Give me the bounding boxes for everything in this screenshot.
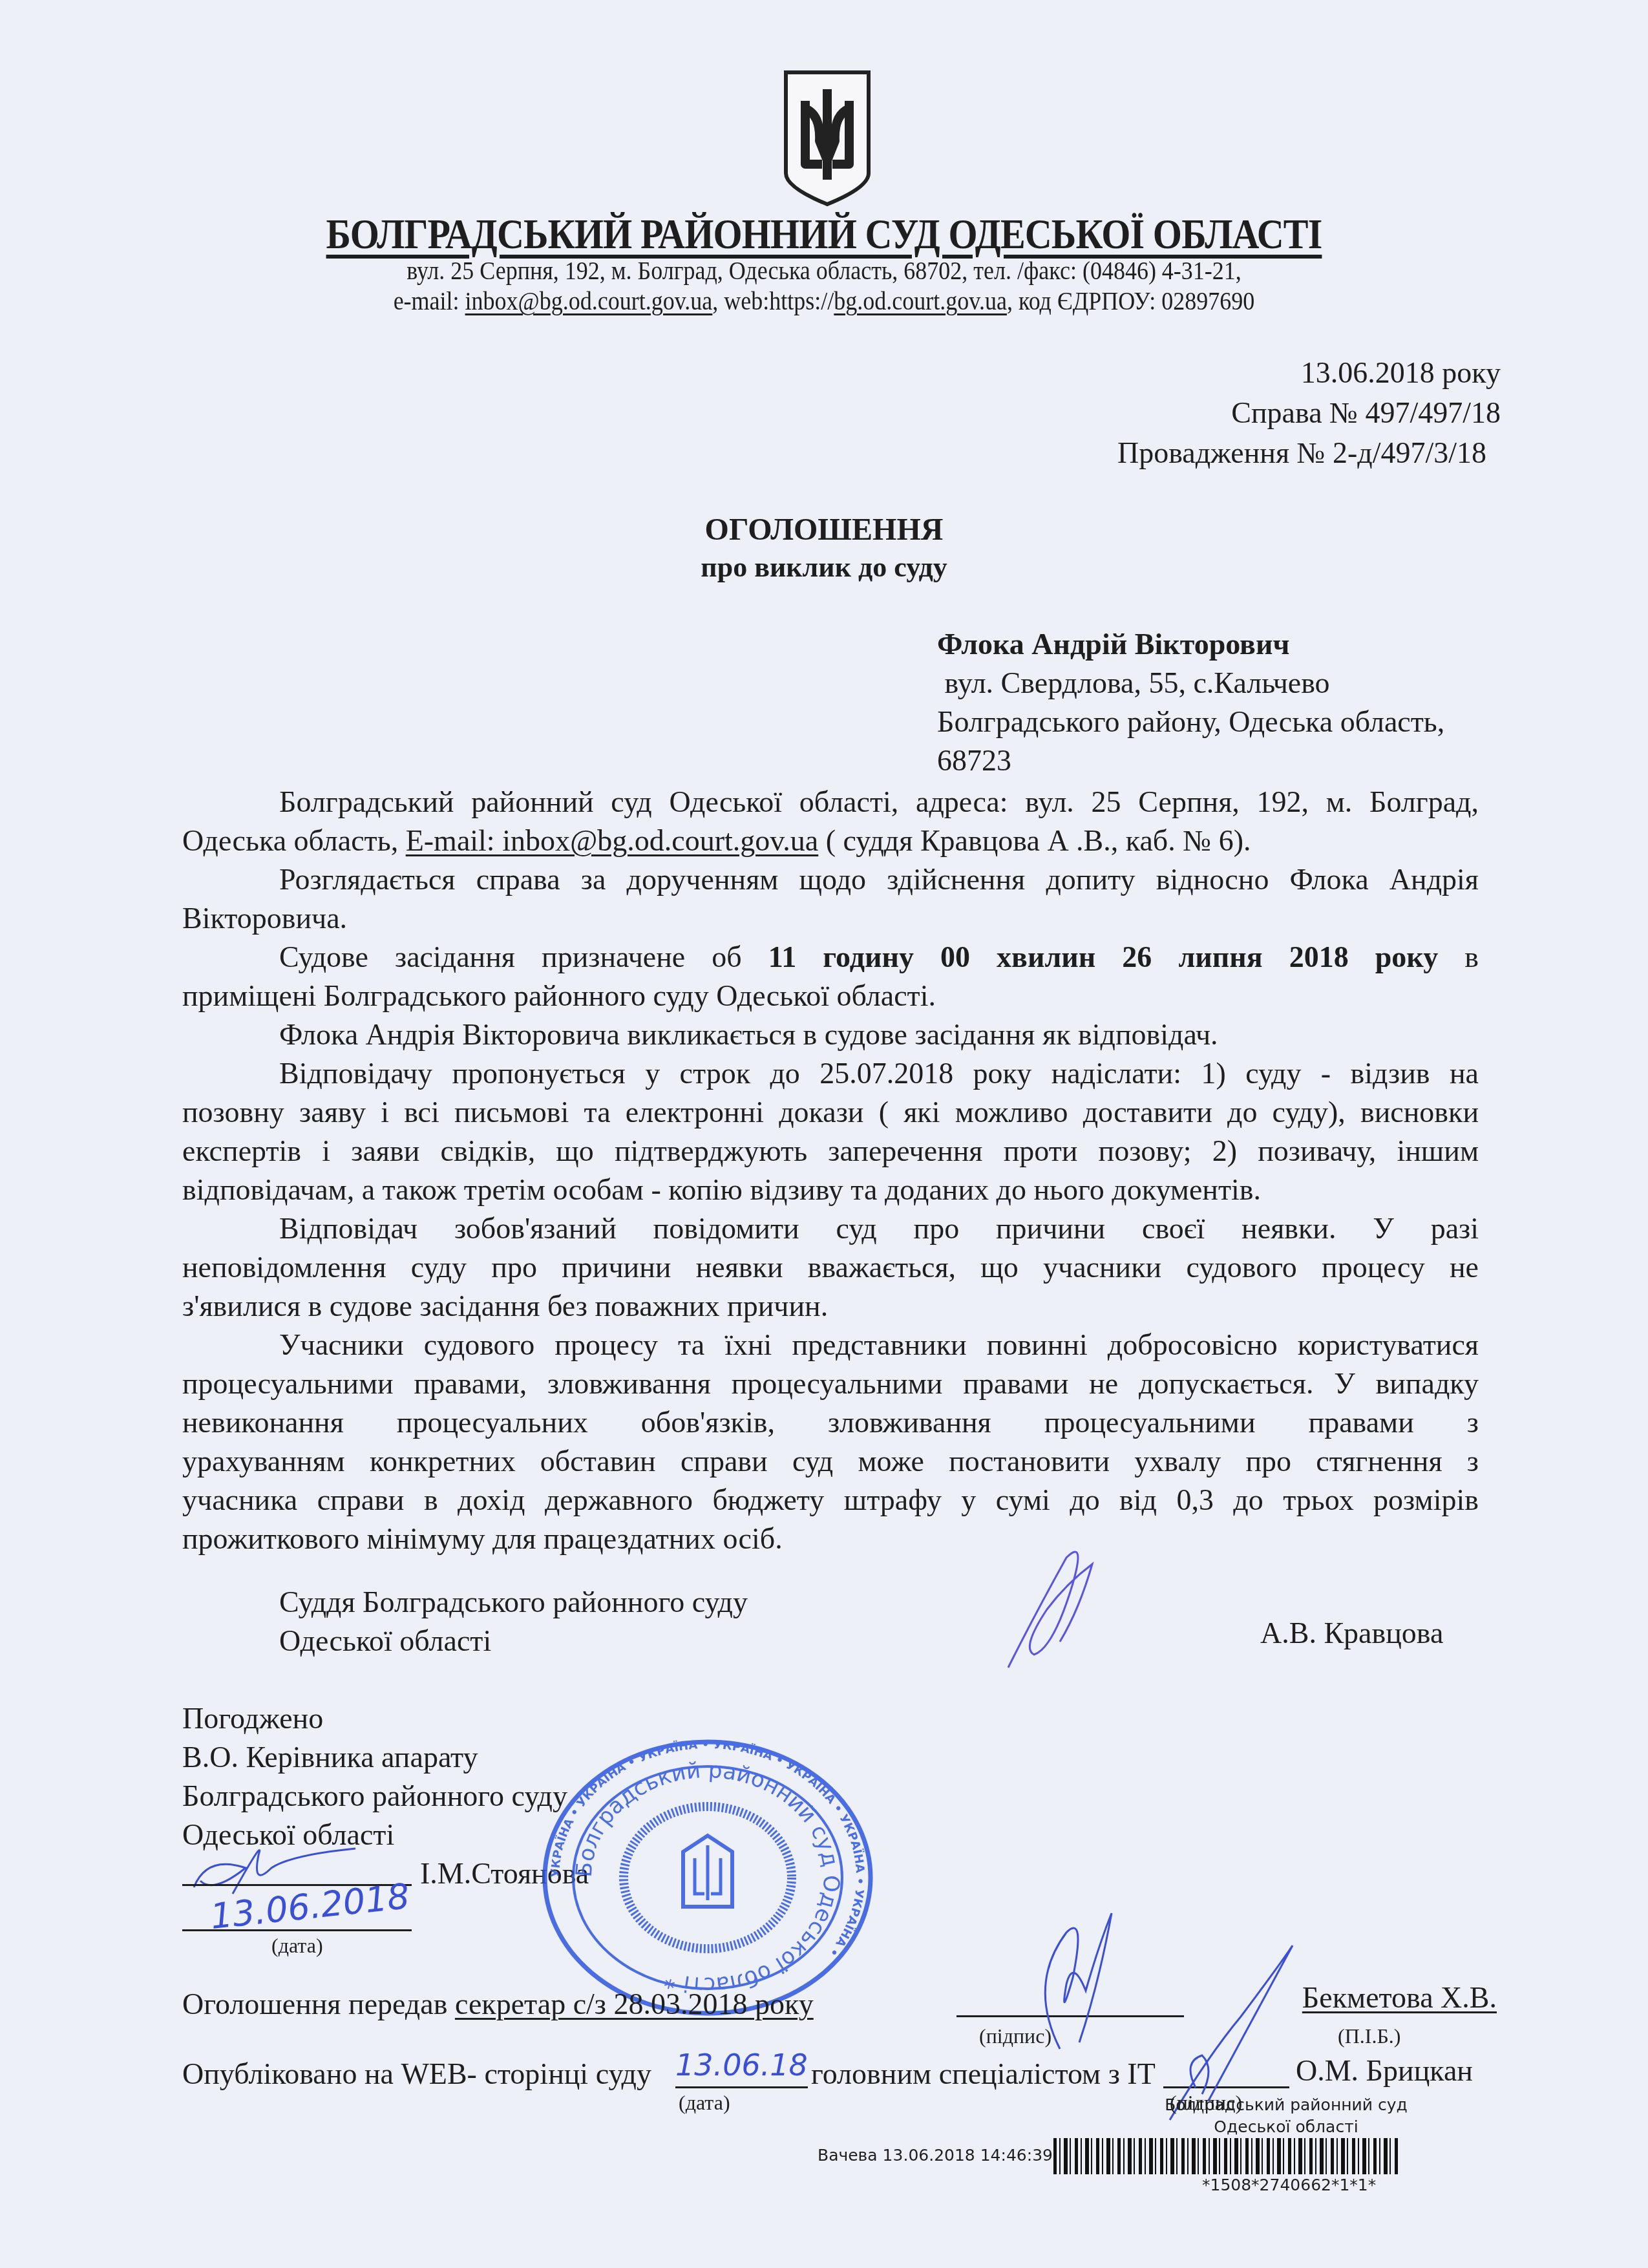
website-link[interactable]: bg.od.court.gov.ua	[834, 286, 1007, 315]
p5-line1: Відповідачу пропонується у строк до 25.0…	[279, 1055, 1479, 1092]
publication-date-caption: (дата)	[679, 2091, 730, 2115]
document-date: 13.06.2018 року	[919, 354, 1501, 392]
court-email-link[interactable]: E-mail: inbox@bg.od.court.gov.ua	[406, 824, 819, 857]
registry-timestamp: Вачева 13.06.2018 14:46:39	[818, 2146, 1053, 2165]
court-name: БОЛГРАДСЬКИЙ РАЙОННИЙ СУД ОДЕСЬКОЇ ОБЛАС…	[0, 210, 1648, 259]
proceeding-number: Провадження № 2-д/497/3/18	[776, 434, 1486, 472]
p7-line1: Учасники судового процесу та їхні предст…	[279, 1326, 1479, 1364]
official-court-seal-icon: УКРАЇНА • УКРАЇНА • УКРАЇНА • УКРАЇНА • …	[540, 1739, 876, 2017]
secretary-name-caption: (П.І.Б.)	[1338, 2024, 1400, 2048]
transfer-secretary: секретар с/з 28.03.2018 року	[455, 1987, 814, 2020]
court-contacts: e-mail: inbox@bg.od.court.gov.ua, web:ht…	[83, 286, 1566, 316]
p3-line1: Судове засідання призначене об 11 годину…	[279, 938, 1479, 976]
judge-signature-icon	[995, 1545, 1137, 1674]
p6-line3: з'явилися в судове засідання без поважни…	[182, 1288, 828, 1325]
addressee-street: вул. Свердлова, 55, с.Кальчево	[937, 664, 1330, 702]
approval-role-line1: В.О. Керівника апарату	[182, 1739, 478, 1776]
p2-line2: Вікторовича.	[182, 900, 347, 937]
secretary-name: Бекметова Х.В.	[1302, 1979, 1497, 2017]
email-link[interactable]: inbox@bg.od.court.gov.ua	[465, 286, 713, 315]
addressee-name: Флока Андрій Вікторович	[937, 626, 1289, 663]
p7-line5: учасника справи в дохід державного бюдже…	[182, 1481, 1479, 1519]
p5-line3: експертів і заяви свідків, що підтверджу…	[182, 1132, 1479, 1170]
p6-line1: Відповідач зобов'язаний повідомити суд п…	[279, 1210, 1479, 1247]
approval-role-line2: Болградського районного суду	[182, 1777, 567, 1815]
judge-position-line1: Суддя Болградського районного суду	[279, 1584, 748, 1621]
publication-handwritten-date: 13.06.18	[675, 2048, 808, 2083]
approval-date-caption: (дата)	[271, 1934, 323, 1958]
approval-label: Погоджено	[182, 1700, 323, 1737]
p7-line4: урахуванням конкретних обставин справи с…	[182, 1443, 1479, 1480]
p7-line2: процесуальними правами, зловживання проц…	[182, 1365, 1479, 1403]
p6-line2: неповідомлення суду про причини неявки в…	[182, 1249, 1479, 1286]
p5-line4: відповідачам, а також третім особам - ко…	[182, 1171, 1261, 1209]
publication-label: Опубліковано на WEB- сторінці суду	[182, 2055, 651, 2093]
barcode-number: *1508*2740662*1*1*	[1202, 2176, 1376, 2194]
document-subtitle: про виклик до суду	[0, 551, 1648, 584]
p7-line3: невиконання процесуальних обов'язків, зл…	[182, 1404, 1479, 1441]
p7-line6: прожиткового мінімуму для працездатних о…	[182, 1520, 783, 1558]
addressee-postcode: 68723	[937, 742, 1011, 779]
court-address: вул. 25 Серпня, 192, м. Болград, Одеська…	[83, 255, 1566, 286]
secretary-sign-caption: (підпис)	[979, 2024, 1051, 2048]
p5-line2: позовну заяву і всі письмові та електрон…	[182, 1094, 1479, 1131]
p1-line2: Одеська область, E-mail: inbox@bg.od.cou…	[182, 822, 1251, 860]
p2-line1: Розглядається справа за дорученням щодо …	[279, 861, 1479, 898]
transfer-line: Оголошення передав секретар с/з 28.03.20…	[182, 1986, 814, 2023]
addressee-region: Болградського району, Одеська область,	[937, 703, 1444, 741]
judge-position-line2: Одеської області	[279, 1622, 491, 1660]
coat-of-arms-icon	[783, 70, 871, 207]
hearing-datetime: 11 годину 00 хвилин 26 липня 2018 року	[768, 940, 1438, 973]
judge-name: А.В. Кравцова	[1260, 1615, 1443, 1652]
publication-specialist-label: головним спеціалістом з ІТ	[811, 2055, 1156, 2093]
p4-line1: Флока Андрія Вікторовича викликається в …	[279, 1016, 1218, 1054]
barcode-icon	[1053, 2138, 1399, 2174]
it-specialist-name: О.М. Брицкан	[1296, 2052, 1473, 2090]
case-number: Справа № 497/497/18	[919, 394, 1501, 432]
p1-line1: Болградський районний суд Одеської облас…	[279, 783, 1479, 821]
p3-line2: приміщені Болградського районного суду О…	[182, 977, 936, 1015]
document-title: ОГОЛОШЕННЯ	[0, 512, 1648, 547]
registry-court-name: Болградський районний суд Одеської облас…	[1157, 2094, 1415, 2138]
